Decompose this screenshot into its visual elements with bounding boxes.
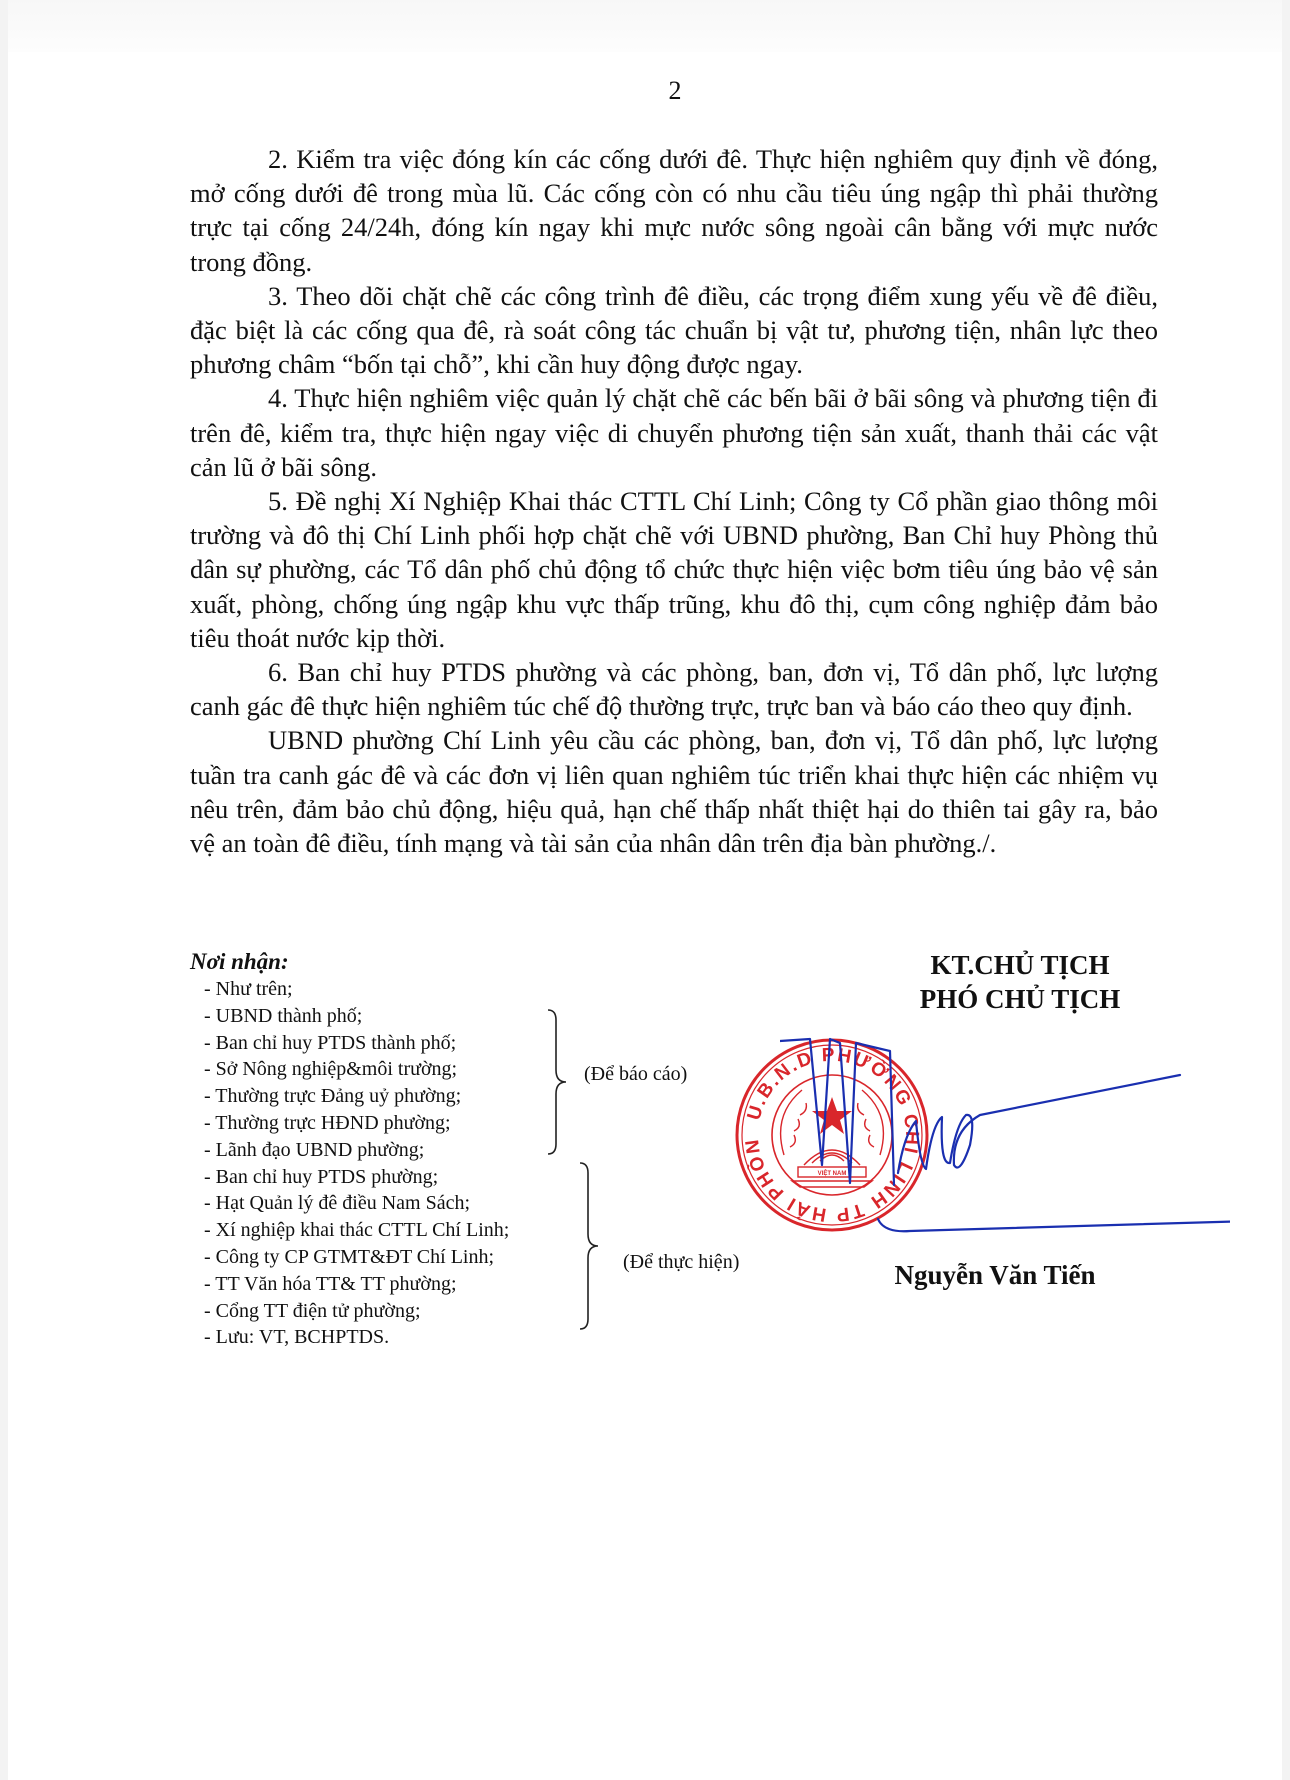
recipient-item: - TT Văn hóa TT& TT phường; <box>204 1271 750 1298</box>
paragraph-item-5: 5. Đề nghị Xí Nghiệp Khai thác CTTL Chí … <box>190 484 1158 655</box>
paragraph-item-6: 6. Ban chỉ huy PTDS phường và các phòng,… <box>190 655 1158 723</box>
recipient-item: - UBND thành phố; <box>204 1003 750 1030</box>
recipient-item: - Như trên; <box>204 976 750 1003</box>
recipient-item: - Xí nghiệp khai thác CTTL Chí Linh; <box>204 1217 750 1244</box>
recipient-item: - Thường trực Đảng uỷ phường; <box>204 1083 750 1110</box>
recipients-title: Nơi nhận: <box>190 948 750 976</box>
recipient-item: - Ban chỉ huy PTDS thành phố; <box>204 1030 750 1057</box>
paragraph-item-3: 3. Theo dõi chặt chẽ các công trình đê đ… <box>190 279 1158 382</box>
right-brace-icon <box>578 1161 602 1331</box>
recipient-item: - Ban chỉ huy PTDS phường; <box>204 1164 750 1191</box>
body-text: 2. Kiểm tra việc đóng kín các cống dưới … <box>190 142 1158 860</box>
signer-authority: KT.CHỦ TỊCH <box>820 948 1220 982</box>
right-brace-icon <box>546 1008 570 1156</box>
paragraph-item-4: 4. Thực hiện nghiêm việc quản lý chặt ch… <box>190 381 1158 484</box>
recipient-item: - Thường trực HĐND phường; <box>204 1110 750 1137</box>
recipient-item: - Cổng TT điện tử phường; <box>204 1298 750 1325</box>
handwritten-signature <box>780 1035 1230 1255</box>
recipients-block: Nơi nhận: - Như trên; - UBND thành phố; … <box>190 948 750 1351</box>
recipient-item: - Lãnh đạo UBND phường; <box>204 1137 750 1164</box>
page-top-shade <box>8 0 1282 52</box>
signer-position: PHÓ CHỦ TỊCH <box>820 982 1220 1016</box>
report-group-label: (Để báo cáo) <box>584 1062 687 1086</box>
closing-paragraph: UBND phường Chí Linh yêu cầu các phòng, … <box>190 723 1158 860</box>
page-number: 2 <box>0 74 1290 108</box>
paragraph-item-2: 2. Kiểm tra việc đóng kín các cống dưới … <box>190 142 1158 279</box>
recipient-item: - Lưu: VT, BCHPTDS. <box>204 1324 750 1351</box>
signature-block: KT.CHỦ TỊCH PHÓ CHỦ TỊCH <box>820 948 1220 1016</box>
recipient-list: - Như trên; - UBND thành phố; - Ban chỉ … <box>190 976 750 1351</box>
signer-name: Nguyễn Văn Tiến <box>830 1258 1160 1292</box>
execute-group-label: (Để thực hiện) <box>623 1250 739 1274</box>
recipient-item: - Hạt Quản lý đê điều Nam Sách; <box>204 1190 750 1217</box>
